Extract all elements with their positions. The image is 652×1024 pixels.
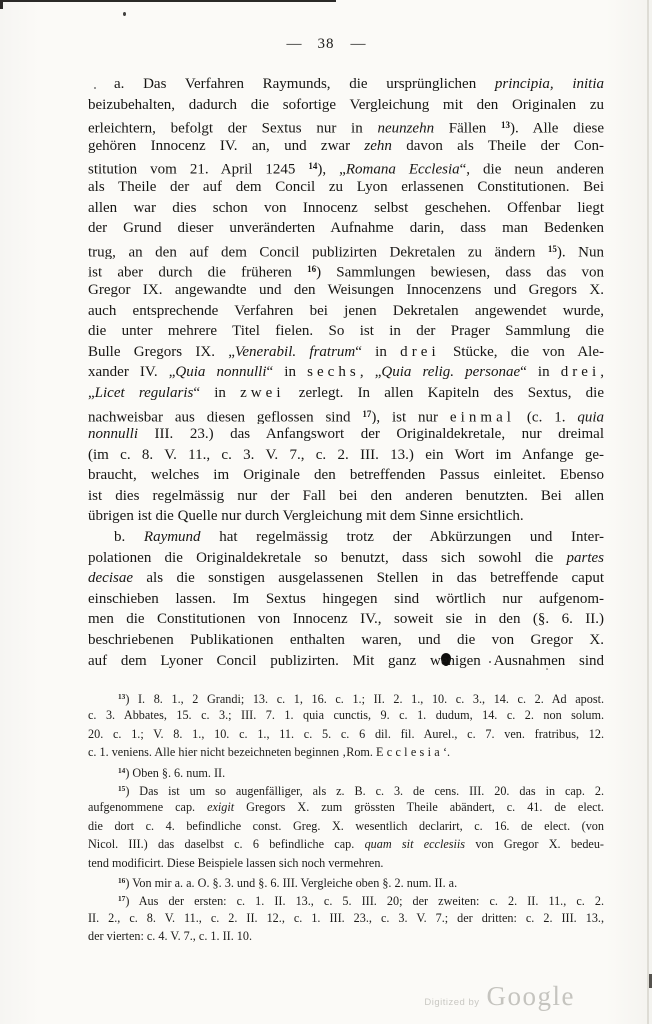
- paragraph: 16) Von mir a. a. O. §. 3. und §. 6. III…: [88, 872, 604, 890]
- text-line: nonnulli III. 23.) das Anfangswort der O…: [88, 424, 604, 445]
- paragraph: 14) Oben §. 6. num. II.: [88, 762, 604, 780]
- text-line: der vierten: c. 4. V. 7., c. 1. II. 10.: [88, 927, 604, 945]
- text-line: einschieben lassen. Im Sextus hingegen s…: [88, 589, 604, 610]
- text-line: men die Constitutionen von Innocenz IV.,…: [88, 609, 604, 630]
- paragraph: b. Raymund hat regelmässig trotz der Abk…: [88, 527, 604, 671]
- text-line: tend modificirt. Diese Beispiele lassen …: [88, 854, 604, 872]
- paragraph: a. Das Verfahren Raymunds, die ursprüngl…: [88, 74, 604, 527]
- text-line: Gregor IX. angewandte und den Weisungen …: [88, 280, 604, 301]
- digitized-by-label: Digitized by: [424, 997, 479, 1008]
- body-text: a. Das Verfahren Raymunds, die ursprüngl…: [88, 74, 604, 671]
- text-line: „Licet regularis“ in zwei zerlegt. In al…: [88, 383, 604, 404]
- text-line: c. 3. Abbates, 15. c. 3.; III. 7. 1. qui…: [88, 706, 604, 724]
- text-line: beschriebenen Publikationen enthalten wa…: [88, 630, 604, 651]
- text-line: c. 1. veniens. Alle hier nicht bezeichne…: [88, 743, 604, 761]
- text-line: stitution vom 21. April 1245 14), „Roman…: [88, 156, 604, 177]
- paragraph: 15) Das ist um so augenfälliger, als z. …: [88, 780, 604, 872]
- text-line: b. Raymund hat regelmässig trotz der Abk…: [88, 527, 604, 548]
- text-line: der Grund dieser unveränderten Aufnahme …: [88, 218, 604, 239]
- text-line: a. Das Verfahren Raymunds, die ursprüngl…: [88, 74, 604, 95]
- scan-artifact-top-edge-line: [0, 0, 336, 2]
- scan-artifact-top-dot: [123, 12, 126, 16]
- text-line: erleichtern, befolgt der Sextus nur in n…: [88, 115, 604, 136]
- text-line: die dort c. 4. befindliche const. Greg. …: [88, 817, 604, 835]
- text-line: 20. c. 1.; V. 8. 1., 10. c. 1., 11. c. 5…: [88, 725, 604, 743]
- text-line: trug, an den auf dem Concil publizirten …: [88, 239, 604, 260]
- text-line: auf dem Lyoner Concil publizirten. Mit g…: [88, 651, 604, 672]
- text-line: übrigen ist die Quelle nur durch Verglei…: [88, 506, 604, 527]
- text-line: decisae als die sonstigen ausgelassenen …: [88, 568, 604, 589]
- text-line: II. 2., c. 8. V. 11., c. 2. II. 12., c. …: [88, 909, 604, 927]
- paragraph: 17) Aus der ersten: c. 1. II. 13., c. 5.…: [88, 890, 604, 945]
- text-line: ist aber durch die früheren 16) Sammlung…: [88, 259, 604, 280]
- text-line: 15) Das ist um so augenfälliger, als z. …: [88, 780, 604, 798]
- page-header: —38—: [0, 36, 652, 53]
- page-number: 38: [318, 36, 335, 52]
- text-line: gehören Innocenz IV. an, und zwar zehn d…: [88, 136, 604, 157]
- text-line: ist dies regelmässig nur der Fall bei de…: [88, 486, 604, 507]
- header-dash-left: —: [287, 36, 302, 52]
- text-line: Bulle Gregors IX. „Venerabil. fratrum“ i…: [88, 342, 604, 363]
- text-line: 17) Aus der ersten: c. 1. II. 13., c. 5.…: [88, 890, 604, 908]
- google-logo: Google: [487, 981, 575, 1012]
- text-line: aufgenommene cap. exigit Gregors X. zum …: [88, 798, 604, 816]
- header-dash-right: —: [351, 36, 366, 52]
- scan-artifact-corner-tick: [0, 0, 3, 9]
- paragraph: 13) I. 8. 1., 2 Grandi; 13. c. 1, 16. c.…: [88, 688, 604, 762]
- scan-artifact-right-edge-line: [647, 0, 649, 1024]
- text-line: (im c. 8. V. 11., c. 3. V. 7., c. 2. III…: [88, 445, 604, 466]
- text-line: nachweisbar aus diesen geflossen sind 17…: [88, 404, 604, 425]
- text-line: als Theile der auf dem Concil zu Lyon er…: [88, 177, 604, 198]
- text-line: Nicol. III.) das daselbst c. 6 befindlic…: [88, 835, 604, 853]
- text-line: xander IV. „Quia nonnulli“ in sechs, „Qu…: [88, 362, 604, 383]
- text-line: 13) I. 8. 1., 2 Grandi; 13. c. 1, 16. c.…: [88, 688, 604, 706]
- text-line: allen war dies schon von Innocenz selbst…: [88, 198, 604, 219]
- watermark: Digitized by Google: [424, 981, 575, 1012]
- text-line: 16) Von mir a. a. O. §. 3. und §. 6. III…: [88, 872, 604, 890]
- text-line: die unter mehrere Titel fielen. So ist i…: [88, 321, 604, 342]
- text-line: polationen die Originaldekretale so benu…: [88, 548, 604, 569]
- footnotes-block: 13) I. 8. 1., 2 Grandi; 13. c. 1, 16. c.…: [88, 688, 604, 945]
- text-line: beizubehalten, dadurch die sofortige Ver…: [88, 95, 604, 116]
- text-line: auch entsprechende Verfahren bei jenen D…: [88, 301, 604, 322]
- book-page: —38— a. Das Verfahren Raymunds, die ursp…: [0, 0, 652, 1024]
- text-line: braucht, welches im Originale den betref…: [88, 465, 604, 486]
- text-line: 14) Oben §. 6. num. II.: [88, 762, 604, 780]
